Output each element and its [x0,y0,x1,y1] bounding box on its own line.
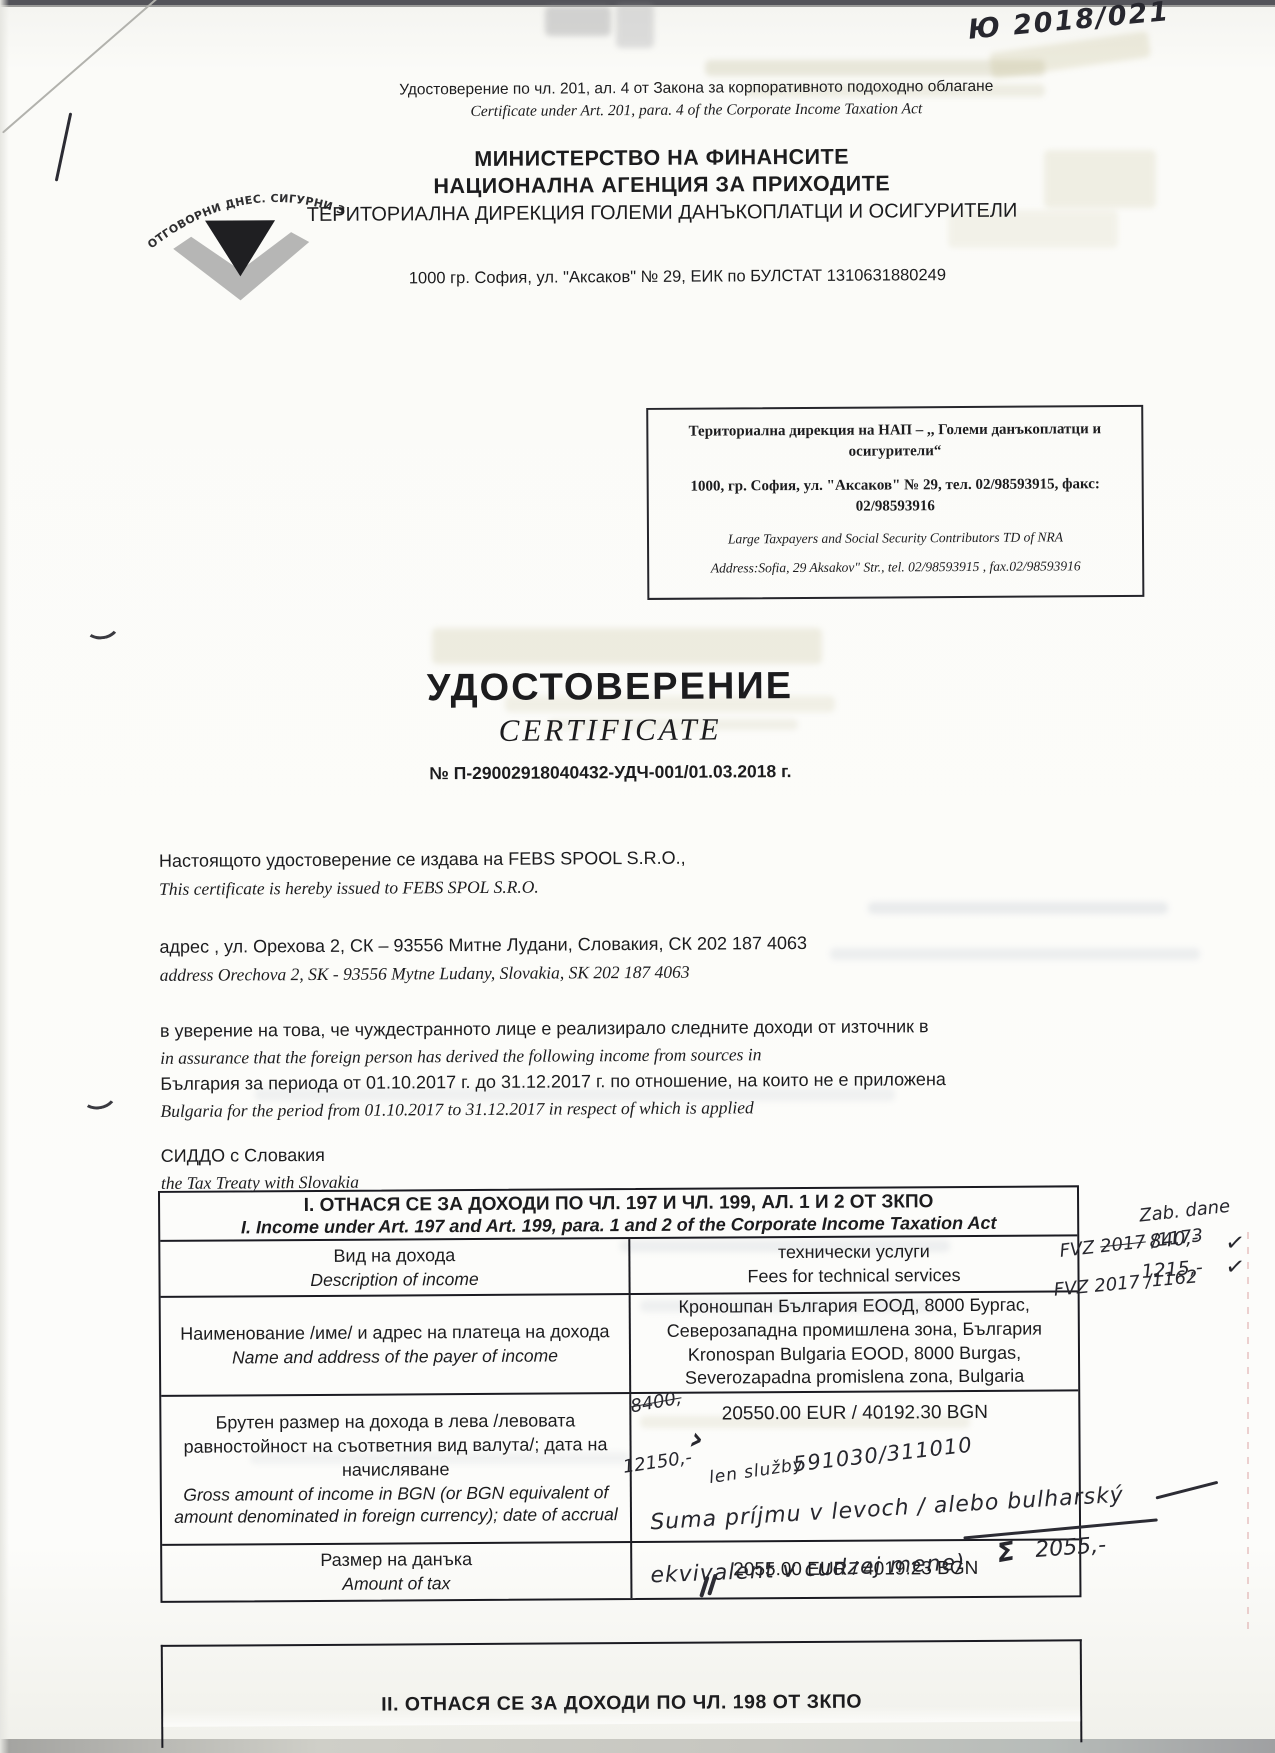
issued-to-bg: Настоящото удостоверение се издава на FE… [159,848,686,872]
office-box-line3: Large Taxpayers and Social Security Cont… [661,529,1130,548]
pen-curl-mark [78,1078,118,1112]
assurance-en-2: Bulgaria for the period from 01.10.2017 … [160,1097,753,1122]
pen-invoice-1-year: 2017 [1099,1231,1147,1257]
row4-label-en: Amount of tax [342,1572,450,1595]
row1-label-bg: Вид на дохода [333,1244,455,1268]
pen-check-mark: ✓ [1224,1253,1247,1281]
office-info-box: Териториална дирекция на НАП – ,, Големи… [646,405,1144,600]
row2-value-en: Kronospan Bulgaria EOOD, 8000 Burgas, Se… [639,1341,1070,1391]
ministry-title: МИНИСТЕРСТВО НА ФИНАНСИТЕ [297,144,1027,173]
scan-content: Ю 2018/021 Удостоверение по чл. 201, ал.… [0,0,1275,1753]
pen-corner-reference: Ю 2018/021 [967,0,1171,46]
pen-curl-mark [82,609,122,642]
row3-label-bg: Брутен размер на дохода в лева /левовата… [171,1410,619,1484]
table-row: Вид на дохода Description of income техн… [160,1234,1077,1296]
pen-sum-value: 2055,- [1034,1533,1107,1563]
certificate-title-bg: УДОСТОВЕРЕНИЕ [260,664,960,711]
row2-label-bg: Наименование /име/ и адрес на платеца на… [180,1321,609,1347]
row3-gross-amount-value: 20550.00 EUR / 40192.30 BGN [722,1400,988,1427]
row1-value-en: Fees for technical services [747,1264,960,1289]
law-reference-bg: Удостоверение по чл. 201, ал. 4 от Закон… [326,77,1066,100]
scanned-certificate-page: Ю 2018/021 Удостоверение по чл. 201, ал.… [0,0,1275,1753]
row3-label-en: Gross amount of income in BGN (or BGN eq… [172,1481,620,1529]
row1-label-en: Description of income [310,1268,478,1291]
hq-address-line: 1000 гр. София, ул. "Аксаков" № 29, ЕИК … [327,266,1027,289]
office-box-line4: Address:Sofia, 29 Aksakov" Str., tel. 02… [661,558,1130,577]
law-reference-en: Certificate under Art. 201, para. 4 of t… [326,99,1066,122]
pen-margin-amount-2: 1215,- [1141,1256,1204,1283]
issued-to-en: This certificate is hereby issued to FEB… [159,877,539,900]
office-box-line2: 1000, гр. София, ул. "Аксаков" № 29, тел… [661,474,1130,519]
certificate-number: № П-29002918040432-УДЧ-001/01.03.2018 г. [260,760,960,785]
row2-label-en: Name and address of the payer of income [232,1345,558,1369]
certificate-title-en: CERTIFICATE [260,710,960,750]
assurance-bg-2: България за периода от 01.10.2017 г. до … [160,1069,946,1095]
office-box-line1: Териториална дирекция на НАП – ,, Големи… [660,419,1129,464]
table-row: Наименование /име/ и адрес на платеца на… [161,1290,1079,1395]
assurance-en-1: in assurance that the foreign person has… [160,1044,761,1069]
income-table-1: I. ОТНАСЯ СЕ ЗА ДОХОДИ ПО ЧЛ. 197 И ЧЛ. … [158,1185,1081,1603]
table-row: Брутен размер на дохода в лева /левовата… [161,1389,1079,1544]
table1-header-en: I. Income under Art. 197 and Art. 199, p… [164,1212,1073,1239]
table1-header-row: I. ОТНАСЯ СЕ ЗА ДОХОДИ ПО ЧЛ. 197 И ЧЛ. … [160,1187,1077,1240]
payee-address-bg: адрес , ул. Орехова 2, СК – 93556 Митне … [159,933,807,958]
directorate-title: ТЕРИТОРИАЛНА ДИРЕКЦИЯ ГОЛЕМИ ДАНЪКОПЛАТЦ… [302,198,1022,228]
row1-value-bg: технически услуги [778,1240,930,1265]
row4-label-bg: Размер на данъка [320,1548,472,1573]
income-table-2: II. ОТНАСЯ СЕ ЗА ДОХОДИ ПО ЧЛ. 198 ОТ ЗК… [161,1639,1083,1748]
treaty-bg: СИДДО с Словакия [161,1145,325,1167]
assurance-bg-1: в уверение на това, че чуждестранното ли… [160,1016,929,1042]
payee-address-en: address Orechova 2, SK - 93556 Mytne Lud… [160,962,690,986]
pen-margin-label: Zab. dane [1138,1196,1231,1227]
pen-dash [1156,1481,1219,1499]
row2-value-bg: Кроношпан България ЕООД, 8000 Бургас, Се… [639,1293,1070,1343]
pen-invoice-1-prefix: FVZ [1059,1237,1096,1262]
agency-title: НАЦИОНАЛНА АГЕНЦИЯ ЗА ПРИХОДИТЕ [297,171,1027,200]
pen-margin-amount-1: 840,- [1148,1226,1199,1252]
